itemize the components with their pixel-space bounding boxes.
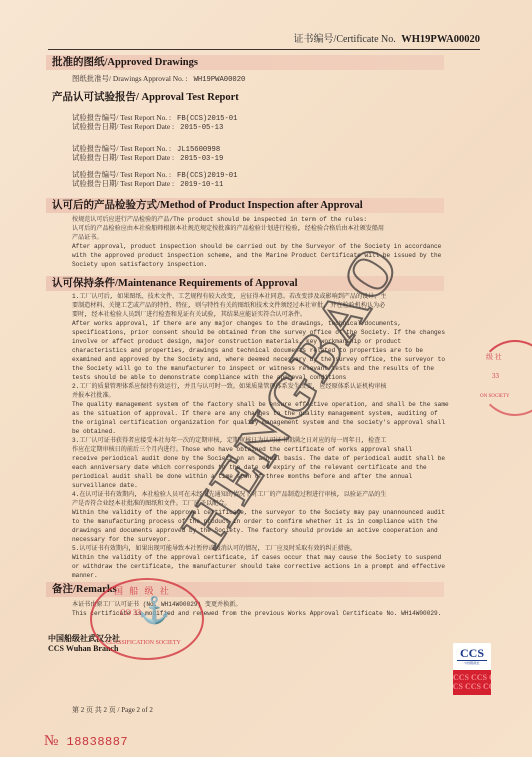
text-line: necessary for the surveyor. <box>72 535 474 544</box>
branch-name-cn: 中国船级社武汉分社 <box>48 634 120 644</box>
page-indicator: 第 2 页 共 2 页 / Page 2 of 2 <box>72 705 153 715</box>
serial-number-value: 18838887 <box>67 735 129 749</box>
test-report-no-label: 试验报告编号/ Test Report No. : <box>72 170 171 179</box>
text-line: Within the validity of the approval cert… <box>72 508 474 517</box>
branch-name-en: CCS Wuhan Branch <box>48 644 120 654</box>
test-report-date-row: 试验报告日期/ Test Report Date :2015-03-19 <box>72 153 223 164</box>
text-line: the original certification organization … <box>72 418 474 427</box>
text-line: The quality management system of the fac… <box>72 400 474 409</box>
test-report-date-label: 试验报告日期/ Test Report Date : <box>72 153 174 162</box>
text-line: involve or affect product design, major … <box>72 337 474 346</box>
test-report-date-value: 2015-03-19 <box>180 155 223 163</box>
text-line: 产是否符合业经本社批准的图纸和文件。工厂应予以配合。 <box>72 499 474 508</box>
text-line: 按规范认可后应进行产品检验的产品/The product should be i… <box>72 215 474 224</box>
test-report-date-label: 试验报告日期/ Test Report Date : <box>72 122 174 131</box>
drawings-approval-value: WH19PWA00020 <box>194 76 246 84</box>
text-line: to the manufacturing process of the prod… <box>72 517 474 526</box>
text-line: examined and approved by the Society and… <box>72 355 474 364</box>
test-report-date-value: 2015-05-13 <box>180 124 223 132</box>
test-report-no-label: 试验报告编号/ Test Report No. : <box>72 144 171 153</box>
text-line: 作应在定期审核日的前后三个月内进行。Those who have obtaine… <box>72 445 474 454</box>
text-line: receive periodical audit done by the Soc… <box>72 454 474 463</box>
drawings-approval-label: 图纸批准号/ Drawings Approval No. : <box>72 74 188 83</box>
red-seal-stamp-right: 级 社 33 ON SOCIETY <box>478 340 532 416</box>
text-line: This certificate is modified and renewed… <box>72 609 474 618</box>
text-line: After works approval, if there are any m… <box>72 319 474 328</box>
section-title-remarks: 备注/Remarks <box>46 582 444 597</box>
ccs-logo-text: CCS <box>460 646 484 660</box>
text-line: 3.工厂认可证书获得者应接受本社每年一次的定期审核, 定期审核日为认可证书期满之… <box>72 436 474 445</box>
test-report-no-label: 试验报告编号/ Test Report No. : <box>72 113 171 122</box>
text-line: 要时, 经本社检验人员到厂进行检查和见证有关试验, 其结果应能证实符合认可条件。 <box>72 310 474 319</box>
text-line: surveillance date. <box>72 481 474 490</box>
text-line: the Society will go to the manufacturer … <box>72 364 474 373</box>
text-line: with the approved product inspection sch… <box>72 251 474 260</box>
text-line: manner. <box>72 571 474 580</box>
text-line: tests should be able to demonstrate comp… <box>72 373 474 382</box>
text-line: periodical audit shall be done within a … <box>72 472 474 481</box>
text-line: Within the validity of the approval cert… <box>72 553 474 562</box>
text-line: 1.工厂认可后, 如果图纸、技术文件、工艺规程有较大改变, 应征得本社同意。若改… <box>72 292 474 301</box>
maintenance-text: 1.工厂认可后, 如果图纸、技术文件、工艺规程有较大改变, 应征得本社同意。若改… <box>72 292 474 580</box>
text-line: specifications, prior consent should be … <box>72 328 474 337</box>
numero-sign: № <box>44 733 59 749</box>
test-report-date-row: 试验报告日期/ Test Report Date :2019-10-11 <box>72 179 223 190</box>
text-line: 2.工厂的质量管理体系应保持有效运行, 并且与认可时一致。如果质量管理体系发生改… <box>72 382 474 391</box>
drawings-approval-row: 图纸批准号/ Drawings Approval No. :WH19PWA000… <box>72 74 245 85</box>
text-line: After approval, product inspection shoul… <box>72 242 474 251</box>
inspection-text: 按规范认可后应进行产品检验的产品/The product should be i… <box>72 215 474 269</box>
ccs-logo: CCS 中国船级社 CCS CCS CCS CCS CCS CCS CCS CC… <box>453 643 491 695</box>
certificate-number-label: 证书编号/Certificate No. <box>294 34 396 45</box>
certificate-page: 证书编号/Certificate No. WH19PWA00020 批准的图纸/… <box>0 0 532 757</box>
text-line: each anniversary date which corresponds … <box>72 463 474 472</box>
text-line: 并报本社批准。 <box>72 391 474 400</box>
test-report-date-row: 试验报告日期/ Test Report Date :2015-05-13 <box>72 122 223 133</box>
serial-number: № 18838887 <box>44 733 128 750</box>
text-line: or withdraw the certificate, the manufac… <box>72 562 474 571</box>
text-line: 4.在认可证书有效期内, 本社检验人员可在未经事先通知的情况下对工厂的产品制造过… <box>72 490 474 499</box>
text-line: 认可后的产品检验应由本社验船师根据本社规范规定按批准的产品检验计划进行检验, 经… <box>72 224 474 233</box>
text-line: Society upon satisfactory inspection. <box>72 260 474 269</box>
text-line: drawings and documents approved by the S… <box>72 526 474 535</box>
test-report-date-value: 2019-10-11 <box>180 181 223 189</box>
certificate-number-value: WH19PWA00020 <box>401 34 480 45</box>
issuing-branch: 中国船级社武汉分社 CCS Wuhan Branch <box>48 634 120 654</box>
section-title-test-report: 产品认可试验报告/ Approval Test Report <box>46 90 444 105</box>
ccs-security-band: CCS CCS CCS CCS CCS CCS CCS CCS <box>453 670 491 695</box>
test-report-date-label: 试验报告日期/ Test Report Date : <box>72 179 174 188</box>
certificate-number-header: 证书编号/Certificate No. WH19PWA00020 <box>48 30 480 50</box>
section-title-maintenance: 认可保持条件/Maintenance Requirements of Appro… <box>46 276 444 291</box>
section-title-approved-drawings: 批准的图纸/Approved Drawings <box>46 55 444 70</box>
text-line: 5.认可证书有效期内, 如果出现可能导致本社暂停或撤消认可的情况, 工厂应及时采… <box>72 544 474 553</box>
ccs-logo-subtext: 中国船级社 <box>453 661 491 666</box>
text-line: characteristics and properties, drawings… <box>72 346 474 355</box>
text-line: 产品证书。 <box>72 233 474 242</box>
section-title-inspection: 认可后的产品检验方式/Method of Product Inspection … <box>46 198 444 213</box>
text-line: be obtained. <box>72 427 474 436</box>
text-line: 要制造材料、关键工艺或产品的特性、特征, 则与特性有关的图纸和技术文件须经过本社… <box>72 301 474 310</box>
remarks-text: 本证书由原工厂认可证书 (No. WH14W00029) 变更并换新。This … <box>72 600 474 618</box>
text-line: as the situation of approval. If there a… <box>72 409 474 418</box>
text-line: 本证书由原工厂认可证书 (No. WH14W00029) 变更并换新。 <box>72 600 474 609</box>
